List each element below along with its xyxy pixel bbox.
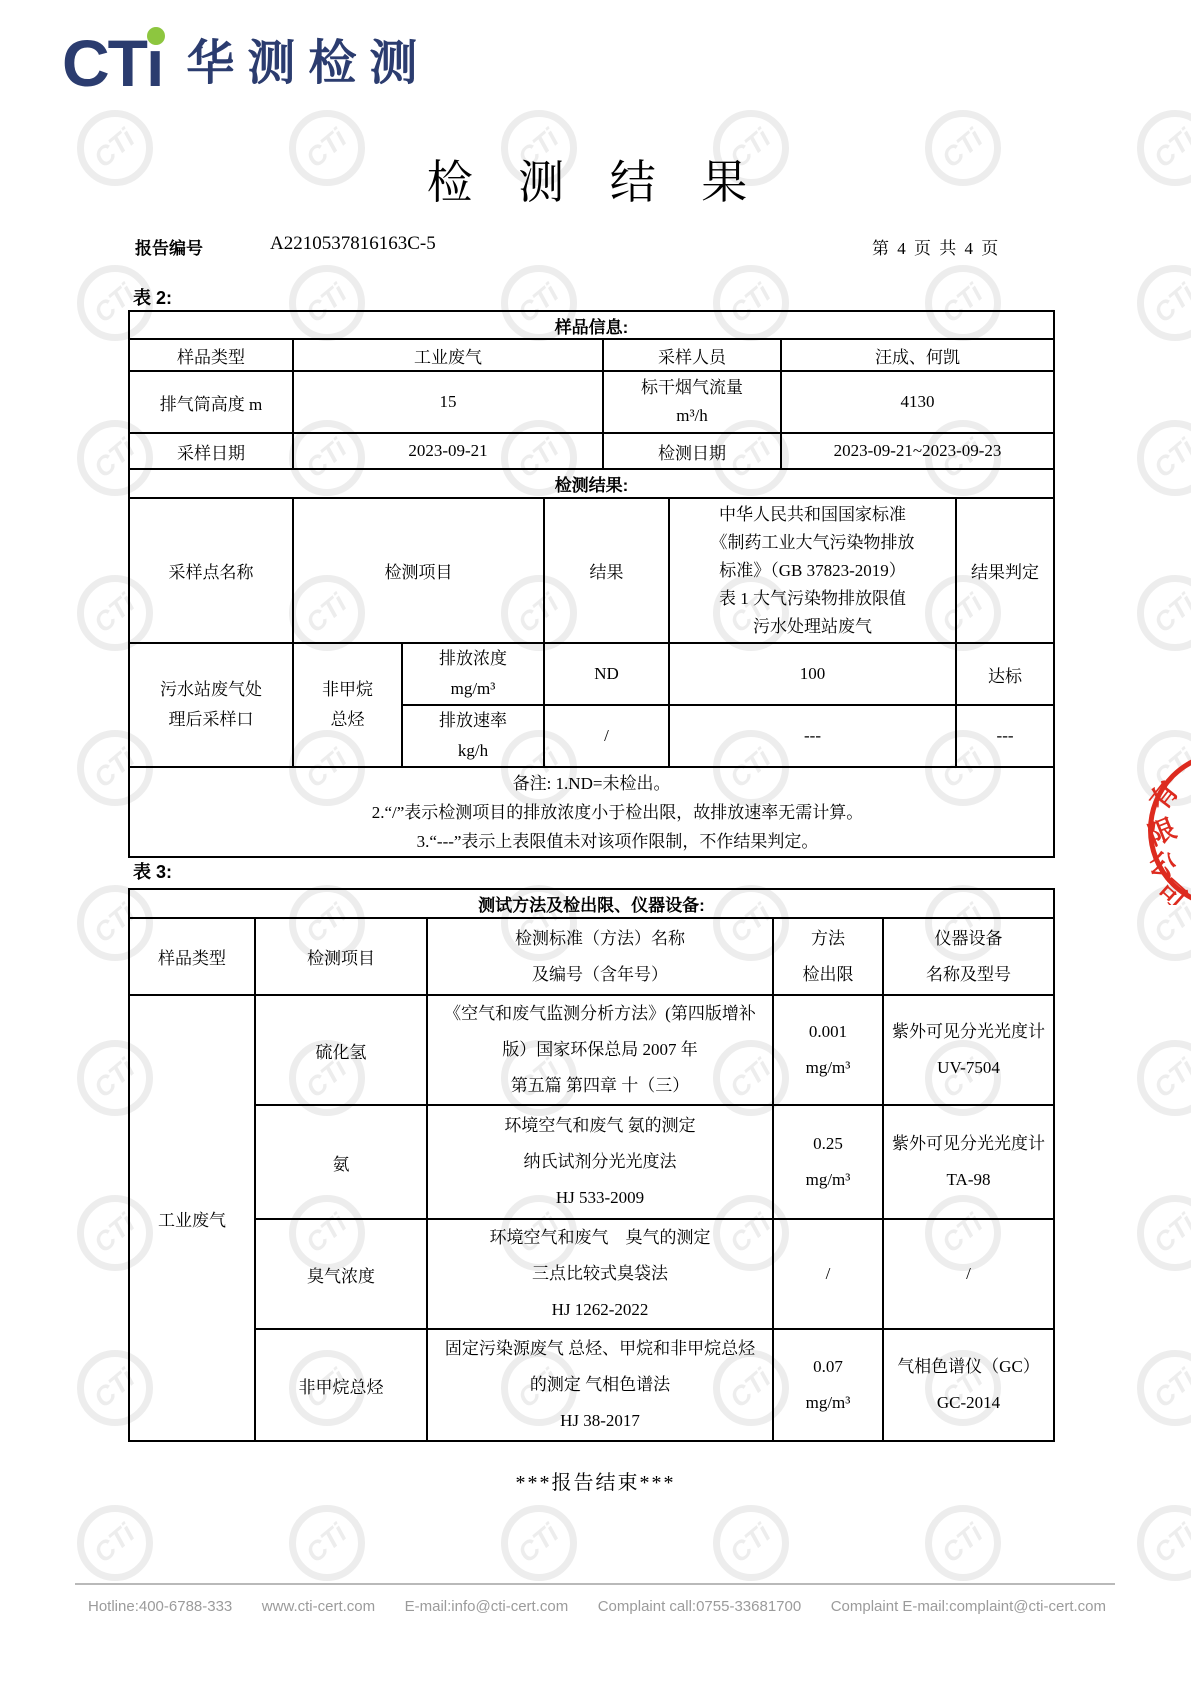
item-ammonia: 氨	[255, 1105, 427, 1219]
note-line: 3.“---”表示上表限值未对该项作限制，不作结果判定。	[130, 827, 1053, 856]
sample-type-span-value: 工业废气	[129, 995, 255, 1441]
sample-info-and-results-table: 样品信息: 样品类型 工业废气 采样人员 汪成、何凯 排气筒高度 m 15 标干…	[128, 310, 1055, 858]
judgement-value-rate: ---	[956, 705, 1054, 767]
col-header-test-item: 检测项目	[255, 918, 427, 995]
report-page: CTı 华测检测 检 测 结 果 报告编号 A2210537816163C-5 …	[0, 0, 1191, 1684]
footer-complaint-call: Complaint call:0755-33681700	[598, 1598, 801, 1615]
instrument-ammonia: 紫外可见分光光度计 TA-98	[883, 1105, 1054, 1219]
methods-instruments-table: 测试方法及检出限、仪器设备: 样品类型 检测项目 检测标准（方法）名称 及编号（…	[128, 888, 1055, 1442]
result-value-concentration: ND	[544, 643, 669, 705]
sampling-date-label: 采样日期	[129, 433, 293, 469]
col-header-instrument: 仪器设备 名称及型号	[883, 918, 1054, 995]
test-date-value: 2023-09-21~2023-09-23	[781, 433, 1054, 469]
item-odor: 臭气浓度	[255, 1219, 427, 1329]
logo-letters: CT	[62, 26, 146, 100]
instrument-h2s: 紫外可见分光光度计 UV-7504	[883, 995, 1054, 1105]
report-header-line: 报告编号 A2210537816163C-5 第 4 页 共 4 页	[0, 234, 1191, 262]
test-date-label: 检测日期	[603, 433, 781, 469]
sample-info-section-header: 样品信息:	[129, 311, 1054, 339]
method-nmhc: 固定污染源废气 总烃、甲烷和非甲烷总烃 的测定 气相色谱法 HJ 38-2017	[427, 1329, 773, 1441]
col-header-standard: 中华人民共和国国家标准 《制药工业大气污染物排放 标准》（GB 37823-20…	[669, 498, 956, 643]
logo-green-dot-icon	[147, 27, 165, 45]
table3-caption: 表 3:	[133, 858, 172, 884]
footer-website: www.cti-cert.com	[262, 1598, 375, 1615]
note-line: 2.“/”表示检测项目的排放浓度小于检出限，故排放速率无需计算。	[130, 798, 1053, 827]
instrument-nmhc: 气相色谱仪（GC） GC-2014	[883, 1329, 1054, 1441]
table2-caption: 表 2:	[133, 284, 172, 310]
result-value-rate: /	[544, 705, 669, 767]
footer-complaint-email: Complaint E-mail:complaint@cti-cert.com	[831, 1598, 1106, 1615]
col-header-test-item: 检测项目	[293, 498, 544, 643]
instrument-odor: /	[883, 1219, 1054, 1329]
stack-height-value: 15	[293, 371, 603, 433]
param-emission-concentration: 排放浓度 mg/m³	[402, 643, 544, 705]
footer-contact-bar: Hotline:400-6788-333 www.cti-cert.com E-…	[88, 1598, 1106, 1615]
col-header-judgement: 结果判定	[956, 498, 1054, 643]
limit-nmhc: 0.07 mg/m³	[773, 1329, 883, 1441]
company-seal-stamp: 有 限 公 司	[1130, 745, 1191, 905]
flue-gas-flow-label: 标干烟气流量 m³/h	[603, 371, 781, 433]
item-nmhc: 非甲烷总烃	[255, 1329, 427, 1441]
flue-gas-flow-value: 4130	[781, 371, 1054, 433]
sample-type-value: 工业废气	[293, 339, 603, 371]
sampler-value: 汪成、何凯	[781, 339, 1054, 371]
stack-height-label: 排气筒高度 m	[129, 371, 293, 433]
report-number-value: A2210537816163C-5	[270, 233, 436, 255]
sampler-label: 采样人员	[603, 339, 781, 371]
sample-type-label: 样品类型	[129, 339, 293, 371]
pagination: 第 4 页 共 4 页	[872, 234, 1000, 259]
sampling-point-value: 污水站废气处 理后采样口	[129, 643, 293, 767]
col-header-sampling-point: 采样点名称	[129, 498, 293, 643]
param-emission-rate: 排放速率 kg/h	[402, 705, 544, 767]
methods-section-header: 测试方法及检出限、仪器设备:	[129, 889, 1054, 918]
judgement-value-concentration: 达标	[956, 643, 1054, 705]
col-header-standard-name: 检测标准（方法）名称 及编号（含年号）	[427, 918, 773, 995]
method-odor: 环境空气和废气 臭气的测定 三点比较式臭袋法 HJ 1262-2022	[427, 1219, 773, 1329]
limit-ammonia: 0.25 mg/m³	[773, 1105, 883, 1219]
footer-divider	[75, 1583, 1115, 1585]
sampling-date-value: 2023-09-21	[293, 433, 603, 469]
limit-h2s: 0.001 mg/m³	[773, 995, 883, 1105]
item-h2s: 硫化氢	[255, 995, 427, 1105]
cti-logo-text: CTı	[62, 30, 162, 96]
limit-odor: /	[773, 1219, 883, 1329]
test-item-value: 非甲烷 总烃	[293, 643, 402, 767]
method-h2s: 《空气和废气监测分析方法》(第四版增补 版）国家环保总局 2007 年 第五篇 …	[427, 995, 773, 1105]
col-header-result: 结果	[544, 498, 669, 643]
results-section-header: 检测结果:	[129, 469, 1054, 498]
footer-email: E-mail:info@cti-cert.com	[405, 1598, 569, 1615]
limit-value-rate: ---	[669, 705, 956, 767]
page-title: 检 测 结 果	[0, 146, 1191, 212]
cti-logo: CTı 华测检测	[62, 30, 430, 96]
end-of-report-text: ***报告结束***	[0, 1466, 1191, 1495]
note-line: 备注: 1.ND=未检出。	[130, 769, 1053, 798]
method-ammonia: 环境空气和废气 氨的测定 纳氏试剂分光光度法 HJ 533-2009	[427, 1105, 773, 1219]
limit-value-concentration: 100	[669, 643, 956, 705]
notes-cell: 备注: 1.ND=未检出。 2.“/”表示检测项目的排放浓度小于检出限，故排放速…	[129, 767, 1054, 857]
col-header-detection-limit: 方法 检出限	[773, 918, 883, 995]
report-number-label: 报告编号	[135, 234, 203, 259]
footer-hotline: Hotline:400-6788-333	[88, 1598, 232, 1615]
col-header-sample-type: 样品类型	[129, 918, 255, 995]
cti-logo-chinese: 华测检测	[186, 38, 430, 90]
